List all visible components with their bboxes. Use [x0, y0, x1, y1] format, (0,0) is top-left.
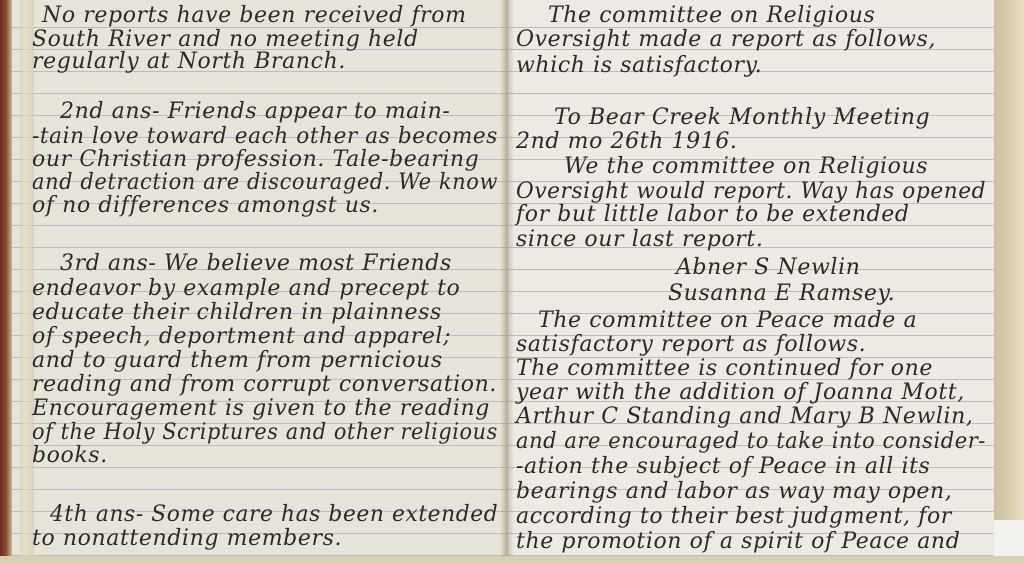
handwritten-line: of no differences amongst us.	[32, 194, 379, 218]
handwritten-line: No reports have been received from	[42, 4, 467, 28]
handwritten-line: the promotion of a spirit of Peace and	[516, 530, 960, 554]
handwritten-line: regularly at North Branch.	[32, 50, 346, 74]
page-edges-bottom	[0, 556, 1024, 564]
handwritten-line: which is satisfactory.	[516, 54, 762, 78]
handwritten-line: to nonattending members.	[32, 527, 342, 551]
handwritten-line: Encouragement is given to the reading	[32, 397, 490, 421]
handwritten-line: and are encouraged to take into consider…	[516, 430, 986, 454]
handwritten-line: 4th ans- Some care has been extended	[50, 503, 498, 527]
right-page: The committee on ReligiousOversight made…	[508, 0, 994, 560]
handwritten-line: for but little labor to be extended	[516, 203, 910, 227]
handwritten-line: year with the addition of Joanna Mott,	[516, 381, 965, 405]
handwritten-line: of speech, deportment and apparel;	[32, 325, 451, 349]
handwritten-line: satisfactory report as follows.	[516, 333, 866, 357]
handwritten-line: according to their best judgment, for	[516, 505, 952, 529]
page-edges-right	[994, 0, 1024, 520]
handwritten-line: Oversight would report. Way has opened	[516, 180, 986, 204]
left-page: No reports have been received fromSouth …	[12, 0, 506, 560]
page-gutter	[500, 0, 514, 564]
handwritten-line: The committee is continued for one	[516, 357, 933, 381]
handwritten-line: The committee on Religious	[548, 4, 875, 28]
handwritten-line: educate their children in plainness	[32, 301, 442, 325]
handwritten-line: -tain love toward each other as becomes	[32, 125, 498, 149]
handwritten-line: reading and from corrupt conversation.	[32, 373, 497, 397]
handwritten-line: Susanna E Ramsey.	[668, 282, 895, 306]
handwritten-line: our Christian profession. Tale-bearing	[32, 148, 479, 172]
handwritten-line: and detraction are discouraged. We know	[32, 171, 498, 195]
handwritten-line: Arthur C Standing and Mary B Newlin,	[516, 405, 974, 429]
book-binding	[0, 0, 12, 564]
handwritten-line: 3rd ans- We believe most Friends	[60, 252, 452, 276]
handwritten-line: and to guard them from pernicious	[32, 349, 443, 373]
handwritten-line: -ation the subject of Peace in all its	[516, 455, 930, 479]
handwritten-line: The committee on Peace made a	[538, 309, 917, 333]
handwritten-line: Oversight made a report as follows,	[516, 28, 936, 52]
handwritten-line: To Bear Creek Monthly Meeting	[554, 106, 930, 130]
handwritten-line: 2nd ans- Friends appear to main-	[60, 100, 450, 124]
handwritten-line: endeavor by example and precept to	[32, 277, 460, 301]
handwritten-line: books.	[32, 444, 108, 468]
notebook-spread: No reports have been received fromSouth …	[0, 0, 1024, 564]
handwritten-line: 2nd mo 26th 1916.	[516, 130, 738, 154]
handwritten-line: Abner S Newlin	[676, 256, 860, 280]
handwritten-line: bearings and labor as way may open,	[516, 480, 952, 504]
handwritten-line: of the Holy Scriptures and other religio…	[32, 421, 498, 445]
handwritten-line: since our last report.	[516, 228, 763, 252]
handwritten-line: We the committee on Religious	[564, 155, 928, 179]
